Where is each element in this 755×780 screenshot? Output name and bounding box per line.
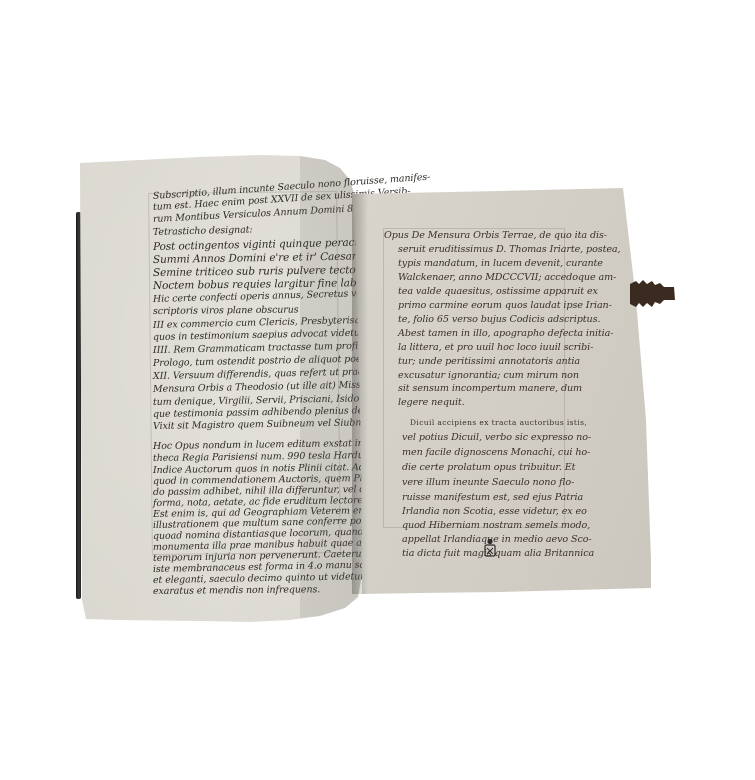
text-line: Irlandia non Scotia, esse videtur, ex eo bbox=[402, 506, 587, 518]
text-line: tea valde quaesitus, ostissime apparuit … bbox=[398, 286, 598, 298]
text-line: tia dicta fuit magis quam alia Britannic… bbox=[402, 548, 594, 560]
text-line: die certe prolatum opus tribuitur. Et bbox=[402, 462, 575, 474]
photo-stage: Subscriptio, illum incunte Saeculo nono … bbox=[0, 0, 755, 780]
text-line: vel potius Dicuil, verbo sic expresso no… bbox=[402, 432, 591, 444]
text-line: legere nequit. bbox=[398, 397, 465, 409]
section-heading: Dicuil accipiens ex tracta auctoribus is… bbox=[410, 417, 587, 429]
text-line: quod Hiberniam nostram semels modo, bbox=[402, 520, 590, 532]
text-line: excusatur ignorantia; cum mirum non bbox=[398, 370, 579, 382]
library-stamp-icon bbox=[483, 538, 497, 558]
text-line: te, folio 65 verso bujus Codicis adscrip… bbox=[398, 314, 600, 326]
bookmark-ribbon bbox=[630, 280, 680, 308]
text-line: tur; unde peritissimi annotatoris antia bbox=[398, 356, 580, 368]
text-line: typis mandatum, in lucem devenit, curant… bbox=[398, 258, 603, 270]
text-line: vere illum ineunte Saeculo nono flo- bbox=[402, 477, 574, 489]
book-cover-edge bbox=[76, 212, 81, 599]
text-line: sit sensum incompertum manere, dum bbox=[398, 383, 582, 395]
text-line: men facile dignoscens Monachi, cui ho- bbox=[402, 447, 590, 459]
text-line: seruit eruditissimus D. Thomas Iriarte, … bbox=[398, 244, 621, 256]
text-line: Opus De Mensura Orbis Terrae, de quo ita… bbox=[384, 230, 607, 242]
text-line: exaratus et mendis non infrequens. bbox=[153, 584, 320, 598]
text-line: primo carmine eorum quos laudat ipse Iri… bbox=[398, 300, 612, 312]
text-line: ruisse manifestum est, sed ejus Patria bbox=[402, 492, 583, 504]
text-line: Walckenaer, anno MDCCCVII; accedoque am- bbox=[398, 272, 616, 284]
text-line: la littera, et pro uuil hoc loco iuuil s… bbox=[398, 342, 593, 354]
text-line: Abest tamen in illo, apographo defecta i… bbox=[398, 328, 613, 340]
